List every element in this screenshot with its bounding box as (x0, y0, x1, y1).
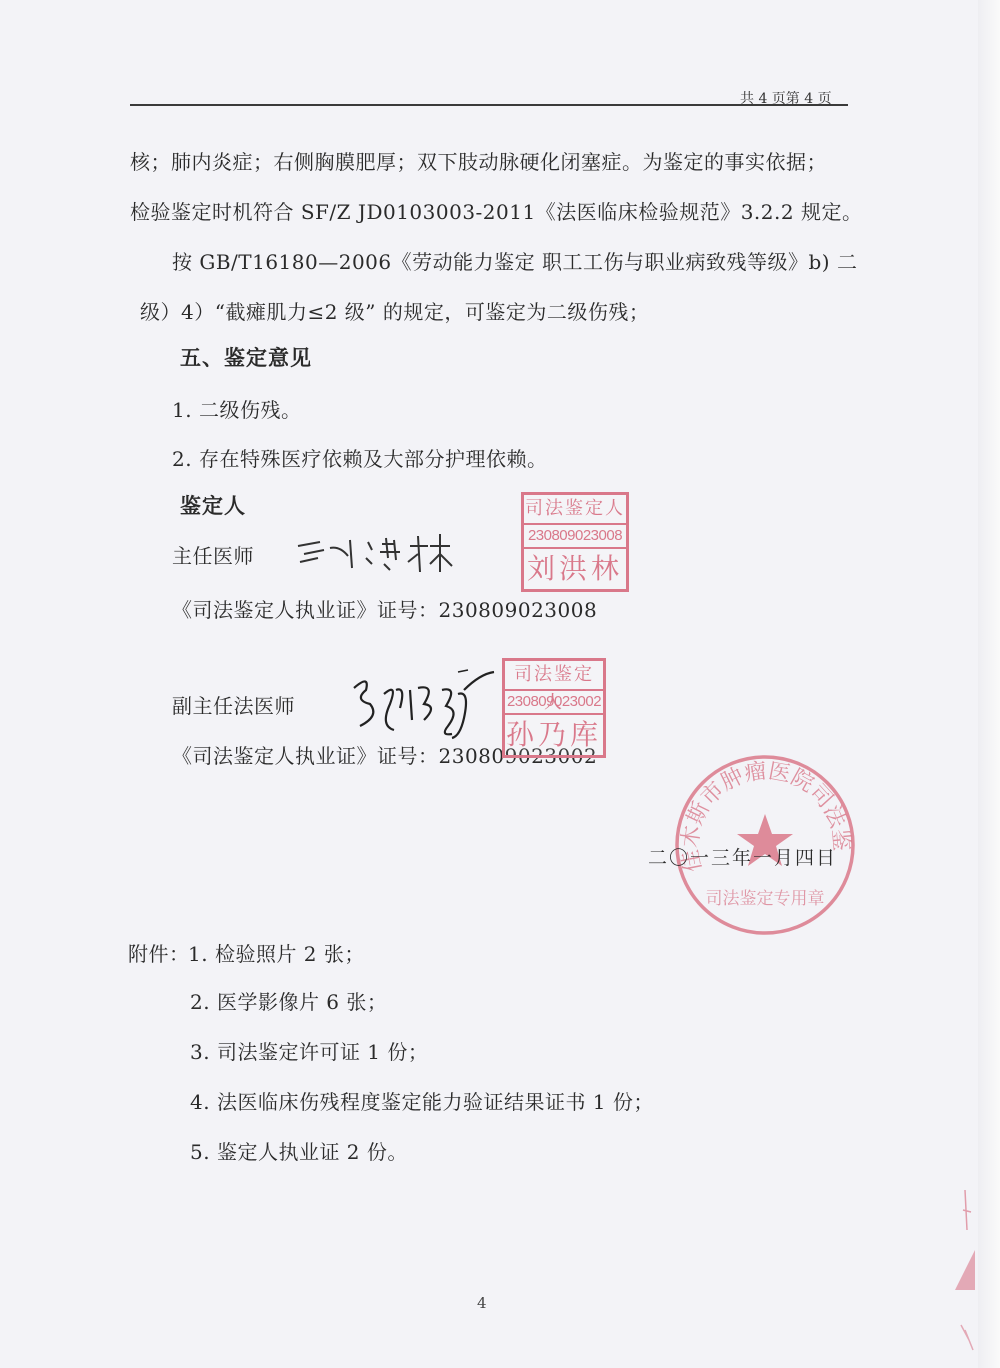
attachment-5: 5. 鉴定人执业证 2 份。 (190, 1136, 408, 1165)
attachment-1: 1. 检验照片 2 张； (188, 938, 365, 967)
body-line-2: 检验鉴定时机符合 SF/Z JD0103003-2011《法医临床检验规范》3.… (130, 196, 862, 225)
appraisers-heading: 鉴定人 (180, 490, 246, 520)
opinion-item-1: 1. 二级伤残。 (172, 394, 301, 423)
stamp-title: 司法鉴定人 (505, 661, 603, 691)
appraiser-2-title: 副主任法医师 (172, 690, 295, 719)
attachments-label: 附件： (128, 938, 190, 967)
attachment-2: 2. 医学影像片 6 张； (190, 986, 387, 1015)
page-number: 4 (477, 1294, 487, 1312)
opinion-item-2: 2. 存在特殊医疗依赖及大部分护理依赖。 (172, 443, 547, 472)
appraiser-1-title: 主任医师 (172, 540, 254, 569)
opinion-heading: 五、鉴定意见 (180, 342, 312, 372)
body-line-1: 核；肺内炎症；右侧胸膜肥厚；双下肢动脉硬化闭塞症。为鉴定的事实依据； (130, 146, 827, 175)
appraiser-stamp-2: 司法鉴定人 230809023002 孙乃库 (502, 658, 606, 758)
partial-seal-edge (955, 1190, 985, 1368)
attachment-4: 4. 法医临床伤残程度鉴定能力验证结果证书 1 份； (190, 1086, 654, 1115)
appraiser-stamp-1: 司法鉴定人 230809023008 刘洪林 (521, 492, 629, 592)
stamp-name: 孙乃库 (505, 715, 603, 755)
stamp-title: 司法鉴定人 (524, 495, 626, 525)
license-label: 《司法鉴定人执业证》证号： (172, 598, 439, 622)
document-page: 共 4 页第 4 页 核；肺内炎症；右侧胸膜肥厚；双下肢动脉硬化闭塞症。为鉴定的… (0, 0, 1000, 1368)
header-rule (130, 104, 848, 106)
license-number: 230809023008 (439, 598, 598, 622)
stamp-name: 刘洪林 (524, 549, 626, 589)
appraiser-1-license: 《司法鉴定人执业证》证号：230809023008 (172, 594, 597, 623)
star-fragment-icon (955, 1250, 975, 1290)
license-label: 《司法鉴定人执业证》证号： (172, 744, 439, 768)
body-line-3: 按 GB/T16180—2006《劳动能力鉴定 职工工伤与职业病致残等级》b) … (172, 246, 857, 275)
body-line-4: 级）4）“截瘫肌力≤2 级” 的规定，可鉴定为二级伤残； (140, 296, 649, 325)
seal-bottom-text: 司法鉴定专用章 (706, 888, 825, 909)
attachment-3: 3. 司法鉴定许可证 1 份； (190, 1036, 428, 1065)
signature-2 (340, 660, 500, 740)
page-edge (978, 0, 1000, 1368)
signature-1 (290, 528, 460, 578)
stamp-number: 230809023008 (524, 525, 626, 549)
document-date: 二〇一三年一月四日 (648, 843, 837, 870)
stamp-number: 230809023002 (505, 691, 603, 715)
